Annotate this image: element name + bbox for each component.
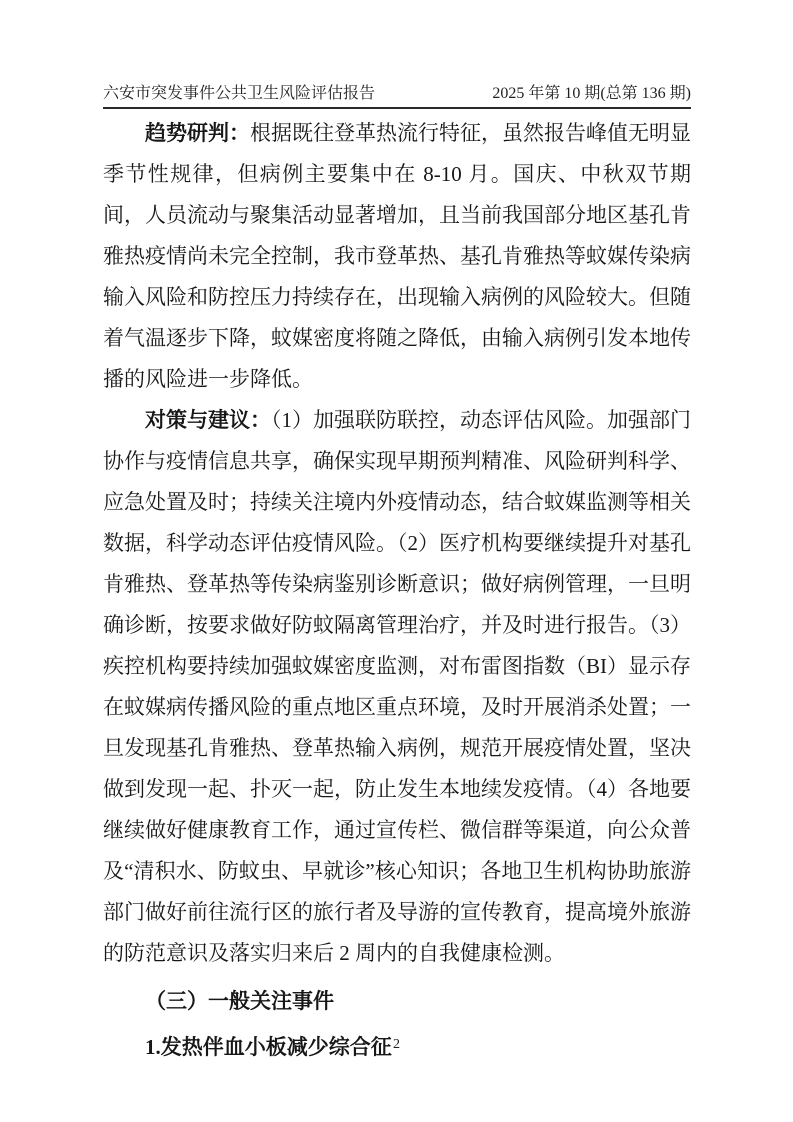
paragraph-trend-lead: 趋势研判： [145,121,250,145]
paragraph-trend-text: 根据既往登革热流行特征，虽然报告峰值无明显季节性规律，但病例主要集中在 8-10… [103,121,691,391]
header-report-title: 六安市突发事件公共卫生风险评估报告 [103,84,375,104]
document-page: 六安市突发事件公共卫生风险评估报告 2025 年第 10 期(总第 136 期)… [0,0,793,1122]
paragraph-trend-analysis: 趋势研判：根据既往登革热流行特征，虽然报告峰值无明显季节性规律，但病例主要集中在… [103,113,691,400]
header-rule [103,107,691,109]
section-heading-general-events: （三）一般关注事件 [103,981,691,1022]
paragraph-countermeasures-lead: 对策与建议： [145,408,271,432]
paragraph-countermeasures: 对策与建议：（1）加强联防联控，动态评估风险。加强部门协作与疫情信息共享，确保实… [103,400,691,974]
document-header: 六安市突发事件公共卫生风险评估报告 2025 年第 10 期(总第 136 期) [103,84,691,104]
page-footer: 2 [0,1036,793,1054]
document-body: 趋势研判：根据既往登革热流行特征，虽然报告峰值无明显季节性规律，但病例主要集中在… [103,113,691,1068]
page-number: 2 [393,1037,400,1052]
header-issue-info: 2025 年第 10 期(总第 136 期) [492,84,691,104]
paragraph-countermeasures-text: （1）加强联防联控，动态评估风险。加强部门协作与疫情信息共享，确保实现早期预判精… [103,408,691,965]
